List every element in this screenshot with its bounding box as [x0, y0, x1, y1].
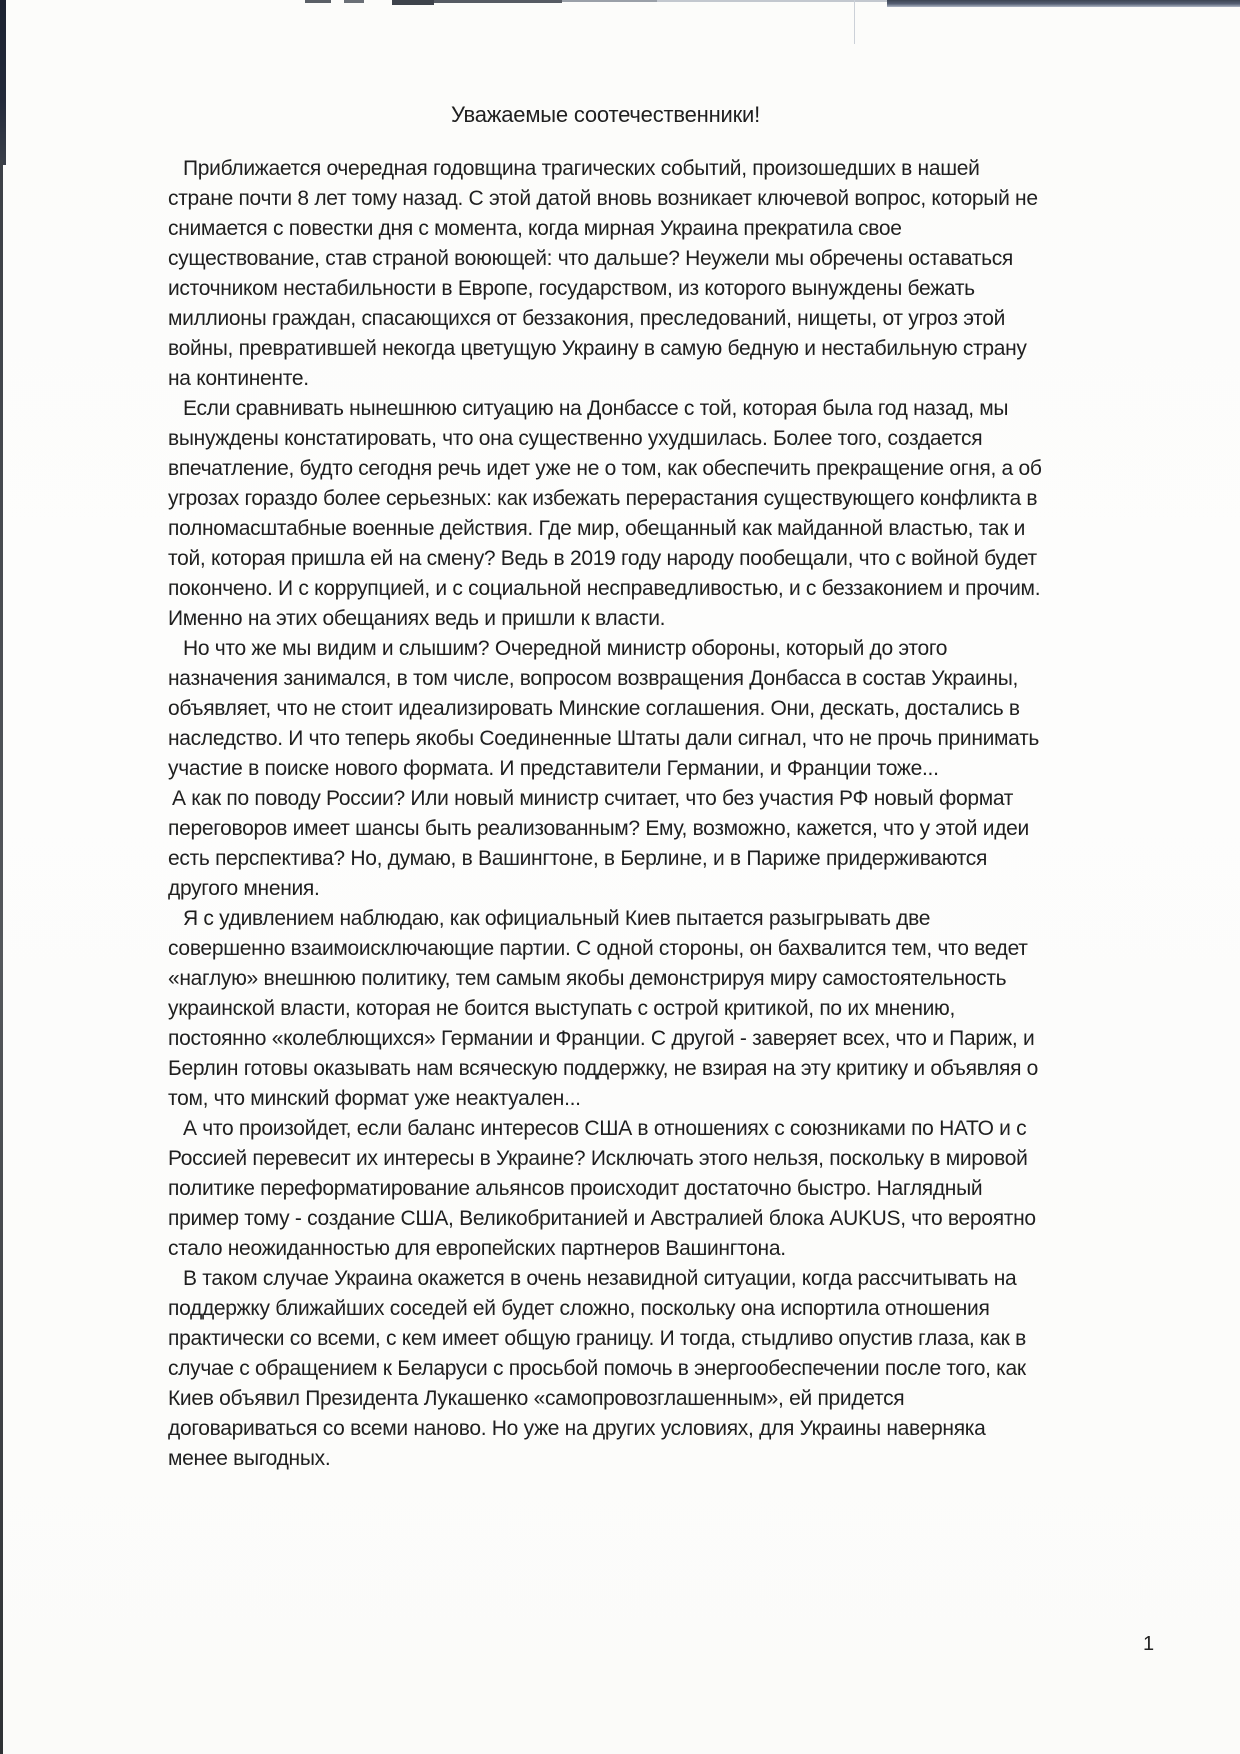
paragraph: А что произойдет, если баланс интересов … [168, 1114, 1043, 1264]
scan-left-edge-line [0, 160, 3, 1754]
paragraph: Если сравнивать нынешнюю ситуацию на Дон… [168, 394, 1043, 634]
paragraph: Я с удивлением наблюдаю, как официальный… [168, 904, 1043, 1114]
paragraph: В таком случае Украина окажется в очень … [168, 1264, 1043, 1474]
paragraph: Но что же мы видим и слышим? Очередной м… [168, 634, 1043, 784]
scanned-document-page: Уважаемые соотечественники! Приближается… [0, 0, 1240, 1754]
paragraph: Приближается очередная годовщина трагиче… [168, 154, 1043, 394]
page-number: 1 [1143, 1630, 1154, 1658]
document-title: Уважаемые соотечественники! [168, 100, 1043, 130]
scan-left-edge-strip [0, 0, 6, 165]
document-content: Уважаемые соотечественники! Приближается… [168, 0, 1043, 1474]
paragraph: А как по поводу России? Или новый минист… [168, 784, 1043, 904]
